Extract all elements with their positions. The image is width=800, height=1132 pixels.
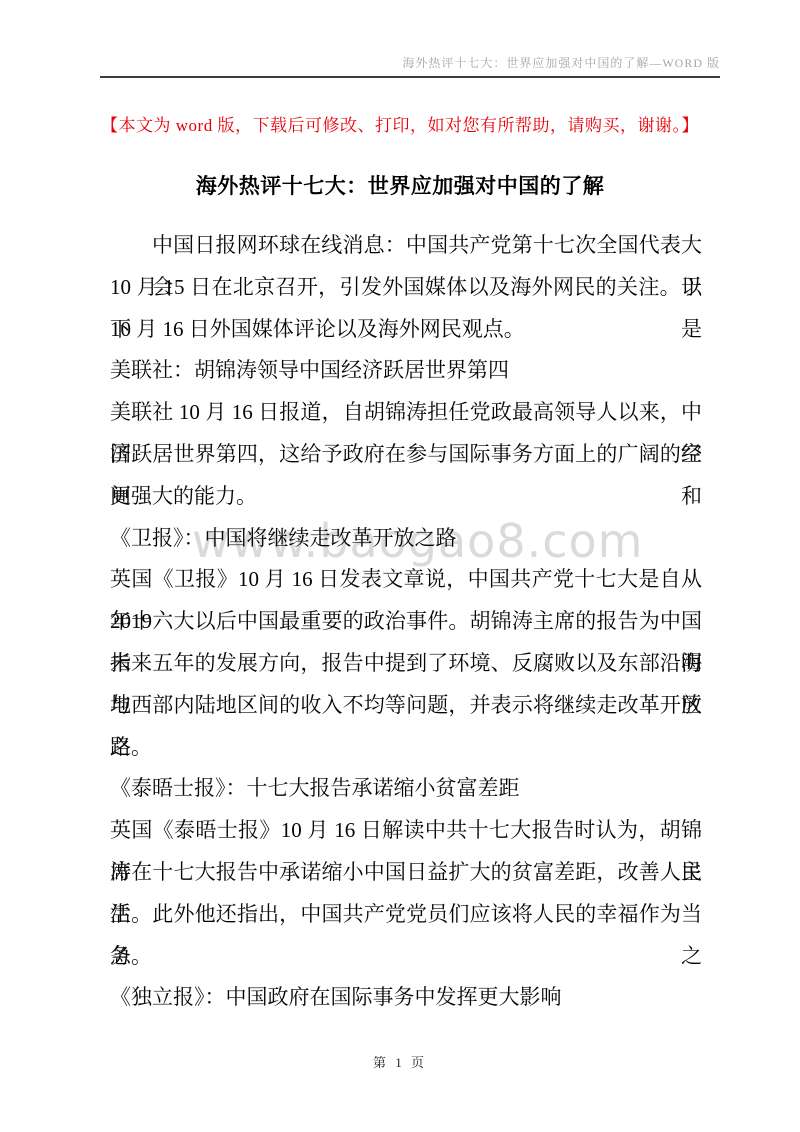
text-line: 未来五年的发展方向，报告中提到了环境、反腐败以及东部沿海地区 — [110, 643, 702, 685]
text-line: 活。此外他还指出，中国共产党党员们应该将人民的幸福作为当务之 — [110, 894, 702, 936]
page-title: 海外热评十七大：世界应加强对中国的了解 — [0, 171, 800, 201]
text-line: 英国《泰晤士报》10 月 16 日解读中共十七大报告时认为，胡锦涛主 — [110, 810, 702, 852]
paragraph: 中国日报网环球在线消息：中国共产党第十七次全国代表大会于 10 月 15 日在北… — [110, 225, 702, 350]
page-number: 第 1 页 — [373, 1055, 427, 1070]
text-line: 英国《卫报》10 月 16 日发表文章说，中国共产党十七大是自从 2019 — [110, 559, 702, 601]
text-line: 《独立报》：中国政府在国际事务中发挥更大影响 — [110, 977, 702, 1019]
text-line: 美联社 10 月 16 日报道，自胡锦涛担任党政最高领导人以来，中国经 — [110, 392, 702, 434]
paragraph-heading: 美联社：胡锦涛领导中国经济跃居世界第四 — [110, 350, 702, 392]
paragraph-heading: 《独立报》：中国政府在国际事务中发挥更大影响 — [110, 977, 702, 1019]
text-line: 《卫报》：中国将继续走改革开放之路 — [110, 518, 702, 560]
text-line: 《泰晤士报》：十七大报告承诺缩小贫富差距 — [110, 768, 702, 810]
text-line: 10 月 15 日在北京召开，引发外国媒体以及海外网民的关注。以下是 — [110, 267, 702, 309]
paragraph: 英国《泰晤士报》10 月 16 日解读中共十七大报告时认为，胡锦涛主 席在十七大… — [110, 810, 702, 977]
document-page: 海外热评十七大：世界应加强对中国的了解—WORD 版 【本文为 word 版，下… — [0, 0, 800, 1132]
text-line: 中国日报网环球在线消息：中国共产党第十七次全国代表大会于 — [110, 225, 702, 267]
paragraph-heading: 《泰晤士报》：十七大报告承诺缩小贫富差距 — [110, 768, 702, 810]
text-line: 席在十七大报告中承诺缩小中国日益扩大的贫富差距，改善人民生 — [110, 852, 702, 894]
purchase-notice: 【本文为 word 版，下载后可修改、打印，如对您有所帮助，请购买，谢谢。】 — [0, 114, 800, 138]
text-line: 路。 — [110, 727, 702, 769]
paragraph-heading: 《卫报》：中国将继续走改革开放之路 — [110, 518, 702, 560]
paragraph: 英国《卫报》10 月 16 日发表文章说，中国共产党十七大是自从 2019 年十… — [110, 559, 702, 768]
document-body: 中国日报网环球在线消息：中国共产党第十七次全国代表大会于 10 月 15 日在北… — [110, 225, 702, 1019]
text-line: 济跃居世界第四，这给予政府在参与国际事务方面上的广阔的空间和 — [110, 434, 702, 476]
page-header: 海外热评十七大：世界应加强对中国的了解—WORD 版 — [100, 0, 720, 78]
text-line: 与西部内陆地区间的收入不均等问题，并表示将继续走改革开放之 — [110, 685, 702, 727]
page-footer: 第 1 页 — [0, 1053, 800, 1073]
header-title: 海外热评十七大：世界应加强对中国的了解—WORD 版 — [402, 56, 720, 70]
text-line: 美联社：胡锦涛领导中国经济跃居世界第四 — [110, 350, 702, 392]
text-line: 年十六大以后中国最重要的政治事件。胡锦涛主席的报告为中国指明 — [110, 601, 702, 643]
paragraph: 美联社 10 月 16 日报道，自胡锦涛担任党政最高领导人以来，中国经 济跃居世… — [110, 392, 702, 517]
